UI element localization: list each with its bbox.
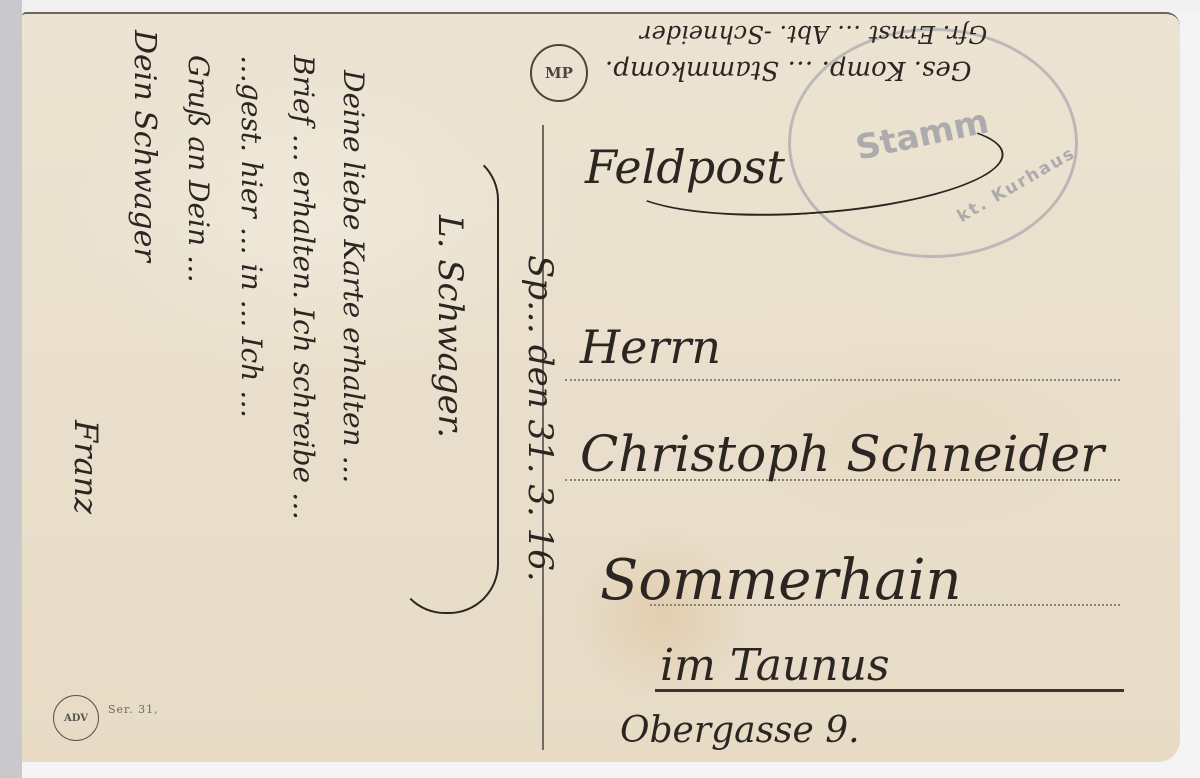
address-street: Obergasse 9. — [620, 710, 860, 751]
message-line-4: Gruß an Dein … — [182, 55, 215, 283]
message-line-5: Dein Schwager — [127, 30, 162, 262]
feldpost-label: Feldpost — [585, 140, 785, 194]
address-line-1 — [565, 379, 1120, 381]
scan-margin-left — [0, 0, 22, 778]
address-region: im Taunus — [660, 640, 890, 691]
sender-line-1: Gfr. Ernst … Abt. -Schneider — [640, 20, 987, 48]
message-line-1: Deine liebe Karte erhalten … — [337, 70, 370, 483]
message-date-line: Sp… den 31. 3. 16. — [520, 255, 560, 582]
address-city: Sommerhain — [600, 548, 962, 613]
message-line-3: …gest. hier … in … Ich … — [235, 55, 268, 418]
bottom-logo-text: ADV — [64, 713, 88, 724]
scan-margin-top — [22, 0, 1200, 12]
bottom-publisher-logo-icon: ADV — [53, 695, 99, 741]
message-greeting: L. Schwager. — [430, 215, 470, 438]
sender-line-2: Ges. Komp. … Stammkomp. — [605, 55, 972, 85]
address-salutation: Herrn — [580, 320, 721, 374]
series-label: Ser. 31, — [108, 703, 159, 716]
address-name: Christoph Schneider — [580, 425, 1104, 483]
publisher-logo-icon: MP — [530, 44, 588, 102]
publisher-logo-text: MP — [545, 64, 573, 82]
message-line-2: Brief … erhalten. Ich schreibe … — [287, 55, 320, 520]
message-signature: Franz — [67, 420, 105, 514]
